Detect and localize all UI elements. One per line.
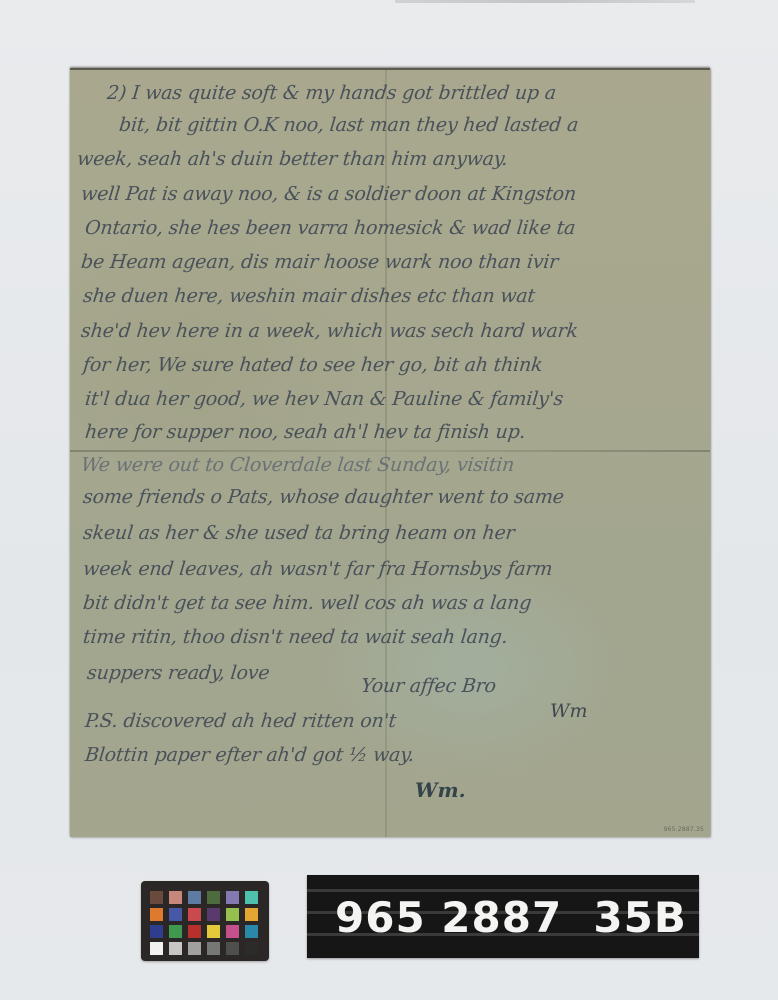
letter-line-11: here for supper noo, seah ah'l hev ta fi… <box>84 421 527 443</box>
letter-body: 2) I was quite soft & my hands got britt… <box>70 70 710 837</box>
color-swatch <box>188 891 201 904</box>
letter-line-3: week, seah ah's duin better than him any… <box>76 148 509 170</box>
letter-line-13: some friends o Pats, whose daughter went… <box>82 486 565 508</box>
signature: Wm <box>550 700 588 722</box>
rail-groove <box>307 889 699 892</box>
color-swatch <box>150 942 163 955</box>
color-swatch <box>188 908 201 921</box>
scan-edge-shadow <box>395 0 695 3</box>
color-swatch <box>207 925 220 938</box>
color-checker-card <box>141 881 269 961</box>
color-swatch <box>245 908 258 921</box>
color-swatch <box>169 942 182 955</box>
color-swatch <box>150 891 163 904</box>
color-swatch <box>207 942 220 955</box>
letter-line-5: Ontario, she hes been varra homesick & w… <box>84 217 576 239</box>
catalog-number-stamp: 965.2887.35 <box>664 826 704 833</box>
letter-line-15: week end leaves, ah wasn't far fra Horns… <box>82 558 553 580</box>
letter-line-1: 2) I was quite soft & my hands got britt… <box>106 82 557 104</box>
color-swatch <box>207 891 220 904</box>
color-swatch <box>188 925 201 938</box>
color-swatch <box>207 908 220 921</box>
letter-line-14: skeul as her & she used ta bring heam on… <box>82 522 516 544</box>
color-swatch <box>245 925 258 938</box>
closing-valediction: Your affec Bro <box>360 675 497 697</box>
color-swatch <box>245 891 258 904</box>
postscript-line-2: Blottin paper efter ah'd got ½ way. <box>84 744 415 766</box>
postscript-signature: Wm. <box>415 778 466 802</box>
letter-line-8: she'd hev here in a week, which was sech… <box>80 320 579 342</box>
closing-salutation: suppers ready, love <box>86 662 271 684</box>
letter-line-17: time ritin, thoo disn't need ta wait sea… <box>82 626 509 648</box>
letter-line-6: be Heam agean, dis mair hoose wark noo t… <box>80 251 559 273</box>
letter-line-7: she duen here, weshin mair dishes etc th… <box>82 285 536 307</box>
color-swatch <box>150 925 163 938</box>
color-swatch <box>169 908 182 921</box>
letter-line-16: bit didn't get ta see him. well cos ah w… <box>82 592 532 614</box>
letter-line-4: well Pat is away noo, & is a soldier doo… <box>80 183 577 205</box>
letter-line-10: it'l dua her good, we hev Nan & Pauline … <box>84 388 564 410</box>
accession-number-text: 965 2887 35B <box>335 893 687 943</box>
accession-number-label: 965 2887 35B <box>307 875 699 958</box>
color-swatch <box>226 908 239 921</box>
letter-line-12: We were out to Cloverdale last Sunday, v… <box>80 454 515 476</box>
letter-line-2: bit, bit gittin O.K noo, last man they h… <box>118 114 579 136</box>
color-swatch <box>169 925 182 938</box>
color-swatch <box>226 925 239 938</box>
color-swatch <box>150 908 163 921</box>
letter-page: 2) I was quite soft & my hands got britt… <box>70 68 710 837</box>
color-swatch <box>169 891 182 904</box>
postscript-line-1: P.S. discovered ah hed ritten on't <box>84 710 397 732</box>
letter-line-9: for her, We sure hated to see her go, bi… <box>82 354 544 376</box>
color-swatch <box>188 942 201 955</box>
color-checker-grid <box>150 891 258 955</box>
color-swatch <box>226 891 239 904</box>
color-swatch <box>245 942 258 955</box>
color-swatch <box>226 942 239 955</box>
